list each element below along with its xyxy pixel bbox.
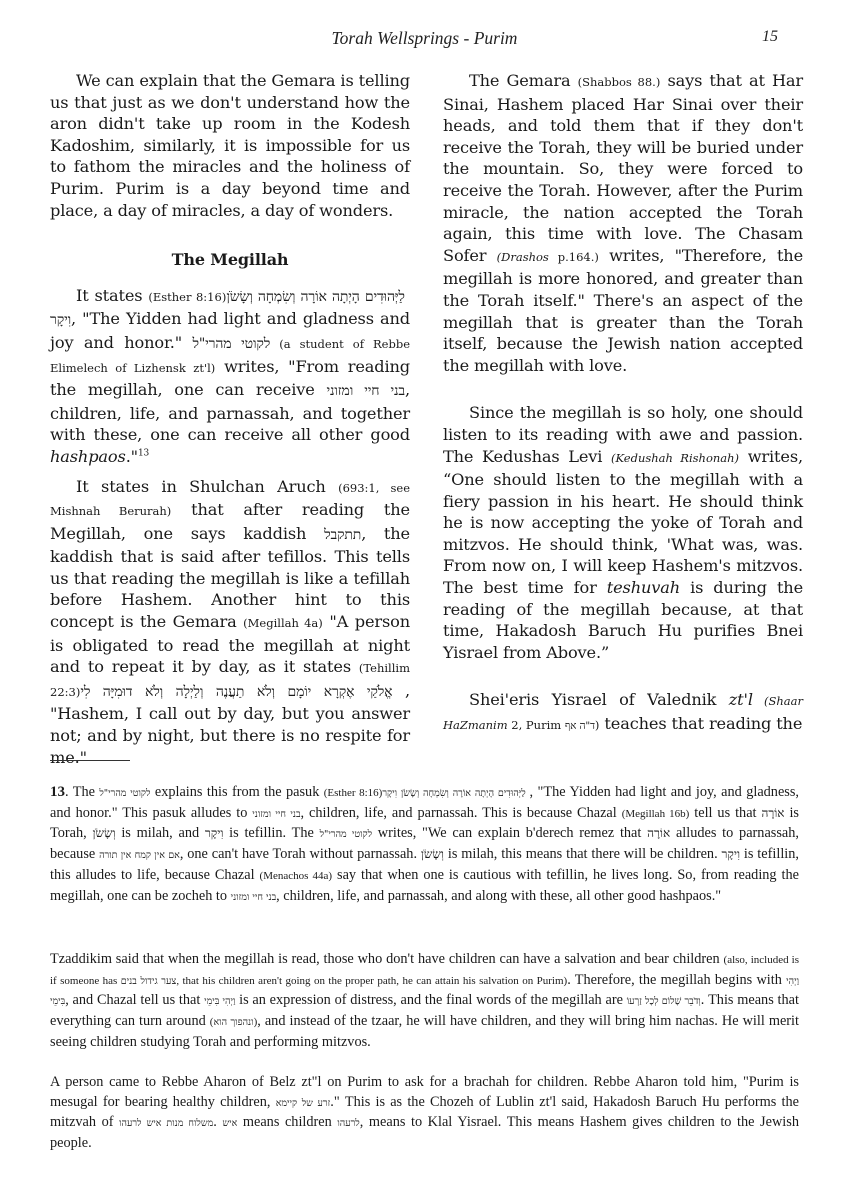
text: means children [237, 1114, 337, 1130]
text: . Therefore, the megillah begins with [567, 972, 786, 988]
left-column: We can explain that the Gemara is tellin… [50, 70, 410, 768]
hebrew-quote: וְדֹבֵר שָׁלוֹם לְכָל זַרְעוֹ [627, 996, 701, 1007]
footnote-tzaddikim: Tzaddikim said that when the megillah is… [50, 950, 799, 1053]
footnote-number: 13 [50, 784, 65, 800]
text: is milah, this means that there will be … [444, 846, 722, 862]
source-citation: (Kedushah Rishonah) [611, 451, 739, 465]
hebrew-phrase: בני חיי ומזוני [326, 383, 405, 399]
footnote-divider [50, 760, 130, 761]
italic-term: teshuvah [607, 578, 680, 597]
footnote-13: 13. The לקוטי מהרי"ל explains this from … [50, 783, 799, 907]
hebrew-word: אוֹרָה [647, 826, 670, 840]
source-citation: (Menachos 44a) [260, 870, 333, 882]
text: , children, life, and parnassah. This is… [301, 805, 622, 821]
footnote-ref[interactable]: 13 [138, 449, 149, 459]
hebrew-phrase: משלוח מנות איש לרעהו [119, 1118, 213, 1129]
text: It states in Shulchan Aruch [76, 477, 338, 496]
parenthetical-note: , that his children aren't going on the … [176, 975, 567, 987]
text: tell us that [689, 805, 761, 821]
paragraph-shulchan-aruch: It states in Shulchan Aruch (693:1, see … [50, 476, 410, 769]
paragraph-aron: We can explain that the Gemara is tellin… [50, 70, 410, 221]
text: ." [126, 447, 138, 466]
hebrew-name: לקוטי מהרי"ל [99, 788, 150, 799]
hebrew-name: לקוטי מהרי"ל [192, 336, 270, 352]
paragraph-esther: It states (Esther 8:16) לַיְּהוּדִים הָי… [50, 285, 410, 468]
text: explains this from the pasuk [150, 784, 323, 800]
italic-term: hashpaos [50, 447, 126, 466]
text: . The [65, 784, 99, 800]
text: The Gemara [469, 71, 578, 90]
hebrew-name: לקוטי מהרי"ל [320, 829, 372, 840]
text: , children, life, and parnassah, and alo… [276, 888, 721, 904]
book-title: Torah Wellsprings - Purim [0, 28, 849, 49]
source-citation: (Esther 8:16) [324, 787, 383, 799]
text: writes, "We can explain b'derech remez t… [372, 825, 647, 841]
hebrew-word: וְשָׂשֹׂן [421, 847, 444, 861]
italic-term: zt'l [729, 690, 753, 709]
text: , and Chazal tell us that [65, 992, 204, 1008]
hebrew-word: איש [222, 1118, 237, 1129]
text: It states [76, 286, 148, 305]
hebrew-quote: אֱלֹקַי אֶקְרָא יוֹמָם וְלֹא תַעֲנֶה וְל… [80, 684, 405, 700]
hebrew-phrase: וַיְהִי בִּימֵי [204, 996, 235, 1007]
hebrew-phrase: בני חיי ומזוני [252, 809, 300, 820]
text: is an expression of distress, and the fi… [235, 992, 626, 1008]
source-citation: (Megillah 4a) [243, 616, 323, 630]
source-citation: (Shabbos 88.) [578, 75, 661, 89]
source-citation: p.164.) [549, 250, 599, 264]
text: is tefillin. The [223, 825, 319, 841]
paragraph-har-sinai: The Gemara (Shabbos 88.) says that at Ha… [443, 70, 803, 376]
text: writes, “One should listen to the megill… [443, 447, 803, 598]
hebrew-word: וְשָׂשֹׂן [92, 826, 115, 840]
page-number: 15 [762, 28, 778, 46]
hebrew-word: תתקבל [324, 527, 361, 543]
source-citation: (Esther 8:16) [148, 290, 226, 304]
source-citation: 2, Purim [508, 718, 565, 732]
hebrew-quote: לַיְּהוּדִים הָיְתָה אוֹרָה וְשִׂמְחָה ו… [382, 788, 529, 799]
section-heading-megillah: The Megillah [50, 249, 410, 271]
hebrew-phrase: צער גידול בנים [121, 976, 177, 987]
text: is milah, and [116, 825, 205, 841]
hebrew-phrase: אם אין קמח אין תורה [99, 850, 180, 861]
paragraph-kedushas-levi: Since the megillah is so holy, one shoul… [443, 402, 803, 663]
right-column: The Gemara (Shabbos 88.) says that at Ha… [443, 70, 803, 738]
hebrew-word: לרעהו [337, 1118, 359, 1129]
text: says that at Har Sinai, Hashem placed Ha… [443, 71, 803, 265]
source-citation: (Drashos [497, 250, 549, 264]
text: teaches that reading the [599, 714, 802, 733]
text: writes, "Therefore, the megillah is more… [443, 246, 803, 375]
hebrew-word: אוֹרָה [761, 806, 784, 820]
hebrew-abbrev: ד"ה אף [565, 720, 595, 732]
footnote-belz: A person came to Rebbe Aharon of Belz zt… [50, 1073, 799, 1154]
hebrew-phrase: בני חיי ומזוני [231, 892, 277, 903]
source-citation: (Megillah 16b) [622, 808, 690, 820]
hebrew-word: וִיקָר [205, 826, 224, 840]
hebrew-phrase: זרע של קיימא [276, 1098, 331, 1109]
text: Tzaddikim said that when the megillah is… [50, 951, 724, 967]
text: . [213, 1114, 222, 1130]
text: Shei'eris Yisrael of Valednik [469, 690, 729, 709]
paragraph-sheieris-yisrael: Shei'eris Yisrael of Valednik zt'l (Shaa… [443, 689, 803, 737]
hebrew-phrase: ונהפוך הוא [213, 1017, 253, 1028]
running-header: Torah Wellsprings - Purim 15 [0, 28, 849, 52]
text: , one can't have Torah without parnassah… [180, 846, 421, 862]
hebrew-word: וִיקָר [722, 847, 741, 861]
